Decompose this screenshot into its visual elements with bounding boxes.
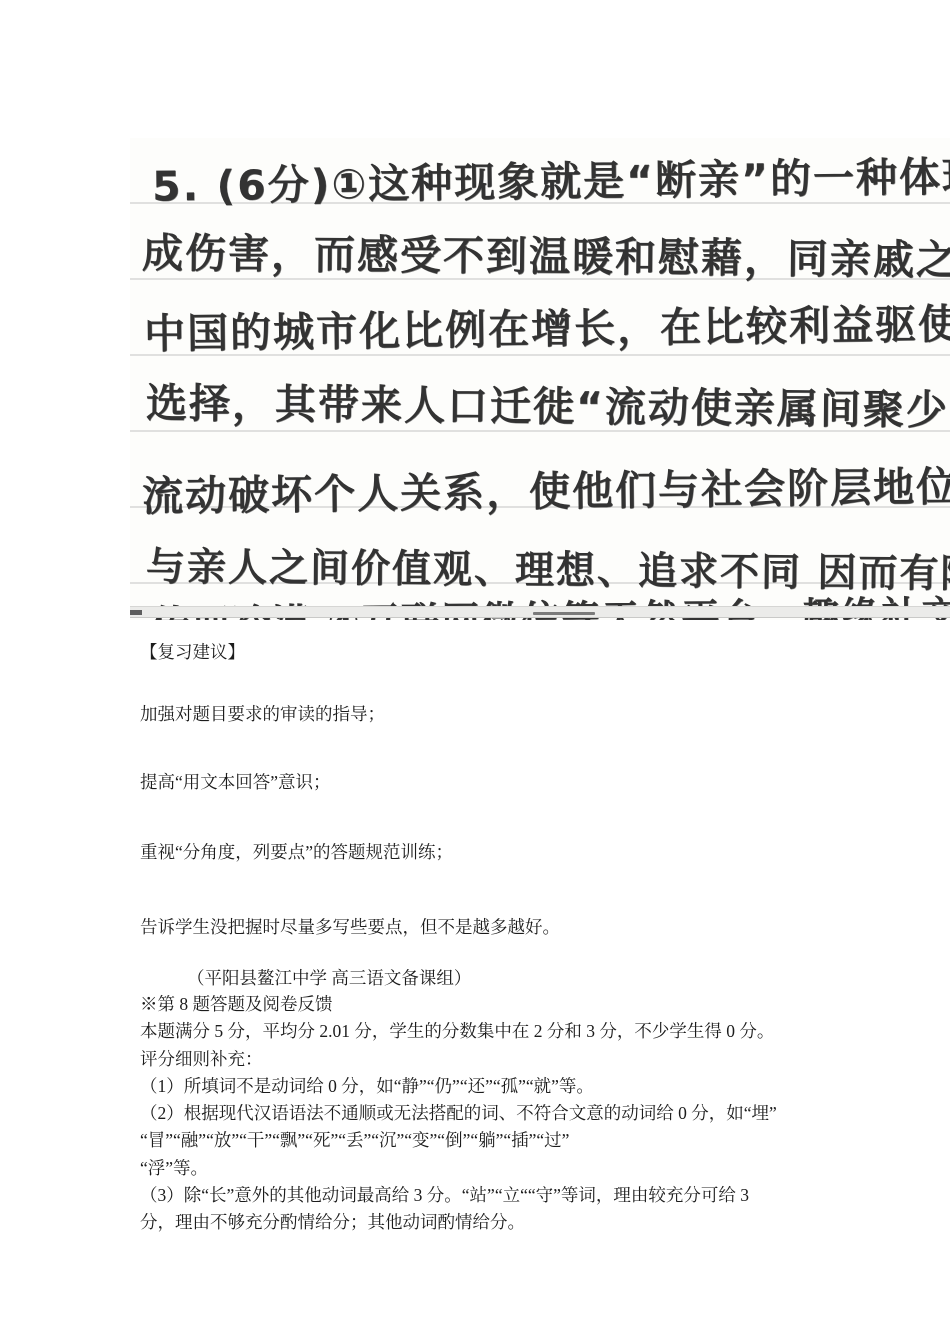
feedback-line: （1）所填词不是动词给 0 分，如“静”“仍”“还”“孤”“就”等。 — [140, 1073, 930, 1100]
image-horizontal-scrollbar[interactable] — [130, 606, 950, 618]
scrollbar-left-notch — [130, 610, 142, 615]
signature: （平阳县鳌江中学 高三语文备课组） — [187, 966, 471, 990]
feedback-line: （3）除“长”意外的其他动词最高给 3 分。“站”“立““守”等词，理由较充分可… — [140, 1182, 930, 1209]
feedback-section: ※第 8 题答题及阅卷反馈本题满分 5 分，平均分 2.01 分，学生的分数集中… — [140, 991, 930, 1237]
document-page: 5. (6分)①这种现象就是“断亲”的一种体现，小成伤害，而感受不到温暖和慰藉，… — [0, 0, 950, 1344]
feedback-line: （2）根据现代汉语语法不通顺或无法搭配的词、不符合文意的动词给 0 分，如“埋” — [140, 1100, 930, 1127]
suggestion-line: 提高“用文本回答”意识； — [140, 770, 331, 794]
feedback-line: 评分细则补充： — [140, 1046, 930, 1073]
feedback-line: 分，理由不够充分酌情给分；其他动词酌情给分。 — [140, 1209, 930, 1236]
feedback-line: “冒”“融”“放”“干”“飘”“死”“丢”“沉”“变”“倒”“躺”“插”“过” — [140, 1127, 930, 1154]
scrollbar-thumb[interactable] — [533, 612, 595, 615]
feedback-line: 本题满分 5 分，平均分 2.01 分，学生的分数集中在 2 分和 3 分，不少… — [140, 1018, 930, 1045]
suggestion-line: 告诉学生没把握时尽量多写些要点，但不是越多越好。 — [140, 915, 560, 939]
feedback-line: “浮”等。 — [140, 1155, 930, 1182]
suggestion-line: 加强对题目要求的审读的指导； — [140, 702, 385, 726]
suggestion-line: 重视“分角度，列要点”的答题规范训练； — [140, 840, 453, 864]
document-text: 【复习建议】 加强对题目要求的审读的指导；提高“用文本回答”意识；重视“分角度，… — [0, 0, 950, 1344]
feedback-line: ※第 8 题答题及阅卷反馈 — [140, 991, 930, 1018]
